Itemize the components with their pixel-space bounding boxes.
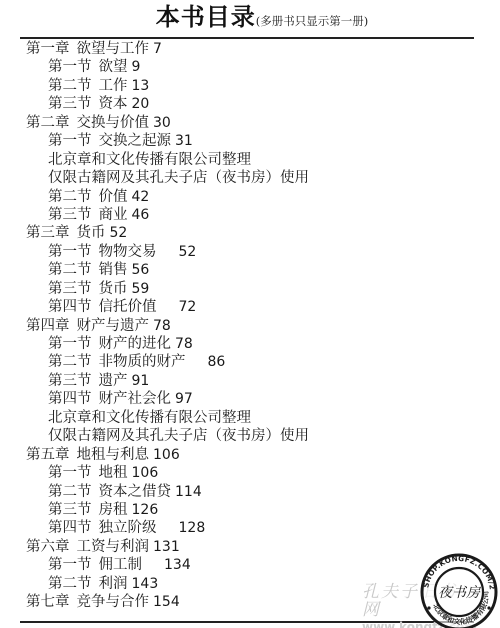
chapter-number: 第一章 bbox=[26, 41, 70, 57]
section-title: 物物交易 bbox=[99, 244, 157, 260]
note-text: 仅限古籍网及其孔夫子店（夜书房）使用 bbox=[48, 428, 309, 444]
section-title: 资本之借贷 bbox=[99, 484, 172, 500]
toc-section: 第三节资本20 bbox=[0, 95, 500, 113]
chapter-number: 第五章 bbox=[26, 447, 70, 463]
section-title: 财产社会化 bbox=[99, 391, 172, 407]
section-title: 佣工制 bbox=[99, 557, 143, 573]
toc-section: 第四节独立阶级128 bbox=[0, 519, 500, 537]
page-number: 46 bbox=[132, 207, 150, 223]
section-number: 第二节 bbox=[48, 484, 92, 500]
page-number: 13 bbox=[132, 78, 150, 94]
section-number: 第三节 bbox=[48, 373, 92, 389]
section-number: 第二节 bbox=[48, 262, 92, 278]
section-number: 第一节 bbox=[48, 244, 92, 260]
page-number: 20 bbox=[132, 96, 150, 112]
toc-chapter: 第四章财产与遗产78 bbox=[0, 317, 500, 335]
toc-section: 第一节欲望9 bbox=[0, 58, 500, 76]
toc-note: 北京章和文化传播有限公司整理 bbox=[0, 409, 500, 427]
page-number: 78 bbox=[153, 318, 171, 334]
toc-section: 第一节财产的进化78 bbox=[0, 335, 500, 353]
toc-section: 第一节物物交易52 bbox=[0, 243, 500, 261]
section-title: 欲望 bbox=[99, 59, 128, 75]
section-title: 地租 bbox=[99, 465, 128, 481]
section-title: 非物质的财产 bbox=[99, 354, 186, 370]
section-title: 价值 bbox=[99, 189, 128, 205]
section-title: 房租 bbox=[99, 502, 128, 518]
note-text: 北京章和文化传播有限公司整理 bbox=[48, 410, 251, 426]
section-number: 第三节 bbox=[48, 502, 92, 518]
section-number: 第二节 bbox=[48, 576, 92, 592]
page-number: 72 bbox=[179, 299, 197, 315]
toc-chapter: 第一章欲望与工作7 bbox=[0, 40, 500, 58]
seal-stamp-icon: SHOP.KONGFZ.COM/239887 北京章和文化传播有限公司 夜书房 bbox=[418, 548, 500, 628]
top-divider bbox=[20, 37, 474, 39]
section-title: 工作 bbox=[99, 78, 128, 94]
toc-note: 北京章和文化传播有限公司整理 bbox=[0, 151, 500, 169]
bottom-divider bbox=[20, 621, 474, 623]
toc-note: 仅限古籍网及其孔夫子店（夜书房）使用 bbox=[0, 169, 500, 187]
section-number: 第四节 bbox=[48, 391, 92, 407]
stamp-center-text: 夜书房 bbox=[438, 585, 482, 601]
page-number: 52 bbox=[179, 244, 197, 260]
page-number: 78 bbox=[175, 336, 193, 352]
toc-note: 仅限古籍网及其孔夫子店（夜书房）使用 bbox=[0, 427, 500, 445]
section-title: 独立阶级 bbox=[99, 520, 157, 536]
toc-section: 第一节交换之起源31 bbox=[0, 132, 500, 150]
note-text: 仅限古籍网及其孔夫子店（夜书房）使用 bbox=[48, 170, 309, 186]
page-title: 本书目录 bbox=[156, 3, 256, 31]
toc-section: 第二节工作13 bbox=[0, 77, 500, 95]
section-number: 第二节 bbox=[48, 354, 92, 370]
toc-section: 第四节信托价值72 bbox=[0, 298, 500, 316]
chapter-title: 工资与利润 bbox=[77, 539, 150, 555]
section-number: 第一节 bbox=[48, 465, 92, 481]
toc-section: 第四节财产社会化97 bbox=[0, 390, 500, 408]
toc-section: 第二节价值42 bbox=[0, 188, 500, 206]
section-title: 资本 bbox=[99, 96, 128, 112]
page-number: 59 bbox=[132, 281, 150, 297]
page-number: 56 bbox=[132, 262, 150, 278]
page-number: 9 bbox=[132, 59, 141, 75]
page-number: 114 bbox=[175, 484, 202, 500]
section-number: 第三节 bbox=[48, 96, 92, 112]
section-number: 第三节 bbox=[48, 207, 92, 223]
section-title: 交换之起源 bbox=[99, 133, 172, 149]
section-number: 第三节 bbox=[48, 281, 92, 297]
page-subtitle: (多册书只显示第一册) bbox=[256, 14, 368, 28]
chapter-title: 竞争与合作 bbox=[77, 594, 150, 610]
page-number: 126 bbox=[132, 502, 159, 518]
section-number: 第四节 bbox=[48, 299, 92, 315]
toc-section: 第三节商业46 bbox=[0, 206, 500, 224]
chapter-title: 地租与利息 bbox=[77, 447, 150, 463]
chapter-title: 财产与遗产 bbox=[77, 318, 150, 334]
page-number: 128 bbox=[179, 520, 206, 536]
toc-section: 第三节遗产91 bbox=[0, 372, 500, 390]
page-number: 52 bbox=[110, 225, 128, 241]
section-number: 第一节 bbox=[48, 133, 92, 149]
section-number: 第四节 bbox=[48, 520, 92, 536]
page-number: 31 bbox=[175, 133, 193, 149]
chapter-number: 第六章 bbox=[26, 539, 70, 555]
section-title: 财产的进化 bbox=[99, 336, 172, 352]
section-title: 商业 bbox=[99, 207, 128, 223]
chapter-title: 欲望与工作 bbox=[77, 41, 150, 57]
toc-chapter: 第五章地租与利息106 bbox=[0, 446, 500, 464]
section-title: 货币 bbox=[99, 281, 128, 297]
section-number: 第二节 bbox=[48, 189, 92, 205]
page-number: 106 bbox=[132, 465, 159, 481]
toc-header: 本书目录(多册书只显示第一册) bbox=[0, 0, 500, 34]
page-number: 131 bbox=[153, 539, 180, 555]
section-number: 第一节 bbox=[48, 336, 92, 352]
toc-chapter: 第二章交换与价值30 bbox=[0, 114, 500, 132]
section-title: 信托价值 bbox=[99, 299, 157, 315]
section-title: 利润 bbox=[99, 576, 128, 592]
toc-section: 第二节销售56 bbox=[0, 261, 500, 279]
toc-section: 第一节地租106 bbox=[0, 464, 500, 482]
section-title: 销售 bbox=[99, 262, 128, 278]
toc-section: 第二节资本之借贷114 bbox=[0, 483, 500, 501]
page-number: 30 bbox=[153, 115, 171, 131]
chapter-number: 第三章 bbox=[26, 225, 70, 241]
chapter-number: 第二章 bbox=[26, 115, 70, 131]
toc-chapter: 第三章货币52 bbox=[0, 224, 500, 242]
page-number: 106 bbox=[153, 447, 180, 463]
chapter-number: 第四章 bbox=[26, 318, 70, 334]
page-number: 134 bbox=[164, 557, 191, 573]
page-number: 42 bbox=[132, 189, 150, 205]
page-number: 97 bbox=[175, 391, 193, 407]
page-number: 143 bbox=[132, 576, 159, 592]
section-number: 第一节 bbox=[48, 59, 92, 75]
section-number: 第一节 bbox=[48, 557, 92, 573]
chapter-title: 交换与价值 bbox=[77, 115, 150, 131]
table-of-contents: 第一章欲望与工作7第一节欲望9第二节工作13第三节资本20第二章交换与价值30第… bbox=[0, 40, 500, 612]
page-number: 86 bbox=[208, 354, 226, 370]
page-number: 7 bbox=[153, 41, 162, 57]
page-number: 154 bbox=[153, 594, 180, 610]
toc-section: 第三节货币59 bbox=[0, 280, 500, 298]
section-number: 第二节 bbox=[48, 78, 92, 94]
note-text: 北京章和文化传播有限公司整理 bbox=[48, 152, 251, 168]
toc-section: 第三节房租126 bbox=[0, 501, 500, 519]
chapter-number: 第七章 bbox=[26, 594, 70, 610]
page-number: 91 bbox=[132, 373, 150, 389]
toc-section: 第二节非物质的财产86 bbox=[0, 353, 500, 371]
chapter-title: 货币 bbox=[77, 225, 106, 241]
section-title: 遗产 bbox=[99, 373, 128, 389]
